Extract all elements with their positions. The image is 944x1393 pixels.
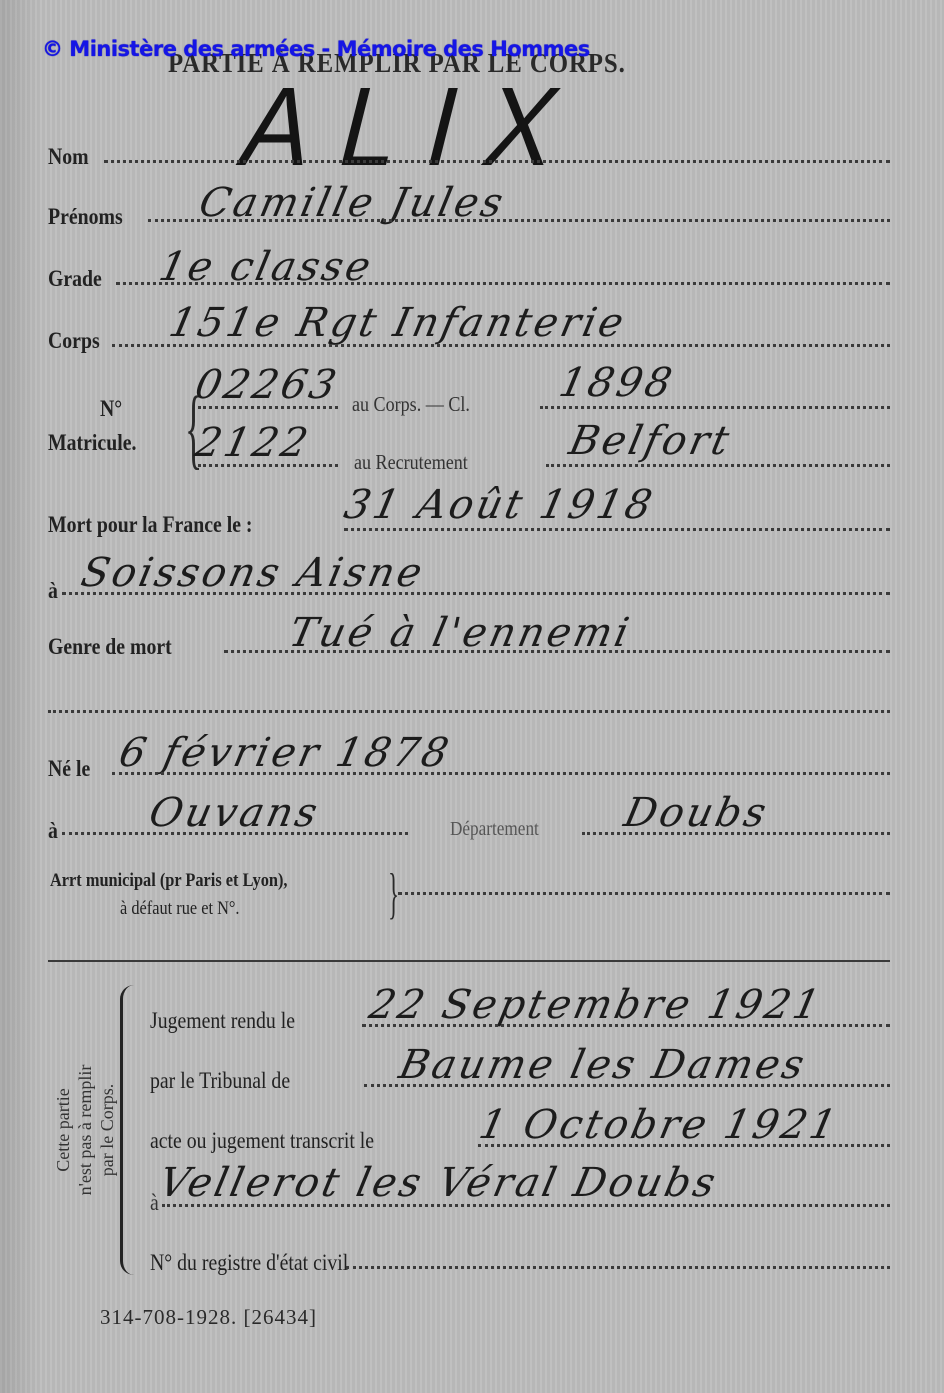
- genre-mort-line-2: [48, 710, 890, 713]
- lieu-transcrit-line: [162, 1204, 890, 1207]
- nom-label: Nom: [48, 144, 89, 170]
- matricule-recrutement-value: 2122: [191, 420, 315, 466]
- recrutement-place-line: [546, 464, 890, 467]
- matricule-recrutement-line: [198, 464, 338, 467]
- genre-mort-label: Genre de mort: [48, 634, 172, 660]
- registre-line: [346, 1266, 890, 1269]
- lieu-transcrit-value: Vellerot les Véral Doubs: [155, 1160, 722, 1206]
- lieu-naissance-line: [62, 832, 408, 835]
- matricule-corps-value: 02263: [191, 362, 343, 408]
- classe-line: [540, 406, 890, 409]
- mort-date-value: 31 Août 1918: [340, 482, 659, 528]
- jugement-label: Jugement rendu le: [150, 1008, 295, 1034]
- mort-label: Mort pour la France le :: [48, 512, 253, 538]
- genre-mort-line: [224, 650, 890, 653]
- copyright-watermark: © Ministère des armées - Mémoire des Hom…: [42, 37, 590, 61]
- lieu-mort-value: Soissons Aisne: [77, 550, 429, 596]
- side-note-line-1: Cette partie: [52, 1030, 74, 1230]
- lieu-naissance-label: à: [48, 818, 58, 844]
- transcrit-line: [478, 1144, 890, 1147]
- grade-line: [116, 282, 890, 285]
- matricule-no-label: N°: [100, 396, 122, 422]
- corps-label: Corps: [48, 328, 100, 354]
- departement-value: Doubs: [620, 790, 773, 836]
- side-note-brace: [120, 985, 137, 1275]
- side-note: Cette partie n'est pas à remplir par le …: [52, 1030, 118, 1230]
- lieu-transcrit-label: à: [150, 1190, 159, 1216]
- jugement-value: 22 Septembre 1921: [365, 982, 827, 1028]
- arrondissement-label-2: à défaut rue et N°.: [120, 898, 239, 920]
- prenoms-line: [148, 219, 890, 222]
- print-reference: 314-708-1928. [26434]: [100, 1305, 317, 1330]
- matricule-label: Matricule.: [48, 430, 136, 456]
- nom-value: ALIX: [229, 62, 602, 191]
- nom-line: [104, 160, 890, 163]
- corps-line: [112, 344, 890, 347]
- lieu-naissance-value: Ouvans: [145, 790, 324, 836]
- naissance-label: Né le: [48, 756, 90, 782]
- naissance-value: 6 février 1878: [115, 730, 455, 776]
- transcrit-label: acte ou jugement transcrit le: [150, 1128, 374, 1154]
- lieu-mort-label: à: [48, 578, 58, 604]
- recrutement-place-value: Belfort: [565, 418, 736, 464]
- registre-label: N° du registre d'état civil: [150, 1250, 348, 1276]
- side-note-line-2: n'est pas à remplir: [74, 1030, 96, 1230]
- tribunal-value: Baume les Dames: [395, 1042, 811, 1088]
- departement-label: Département: [450, 818, 539, 841]
- matricule-corps-line: [198, 406, 338, 409]
- arrondissement-line: [398, 892, 890, 895]
- au-recrutement-label: au Recrutement: [354, 450, 468, 475]
- departement-line: [582, 832, 890, 835]
- section-divider: [48, 960, 890, 962]
- transcrit-value: 1 Octobre 1921: [475, 1102, 843, 1148]
- grade-label: Grade: [48, 266, 102, 292]
- tribunal-label: par le Tribunal de: [150, 1068, 290, 1094]
- prenoms-label: Prénoms: [48, 204, 123, 230]
- corps-value: 151e Rgt Infanterie: [165, 300, 630, 346]
- jugement-line: [362, 1024, 890, 1027]
- mort-line: [344, 528, 890, 531]
- au-corps-label: au Corps. — Cl.: [352, 392, 470, 417]
- classe-value: 1898: [555, 360, 679, 406]
- arrondissement-label-1: Arrt municipal (pr Paris et Lyon),: [50, 870, 288, 892]
- scanned-document: © Ministère des armées - Mémoire des Hom…: [0, 0, 944, 1393]
- side-note-line-3: par le Corps.: [96, 1030, 118, 1230]
- lieu-mort-line: [62, 592, 890, 595]
- tribunal-line: [364, 1084, 890, 1087]
- naissance-line: [112, 772, 890, 775]
